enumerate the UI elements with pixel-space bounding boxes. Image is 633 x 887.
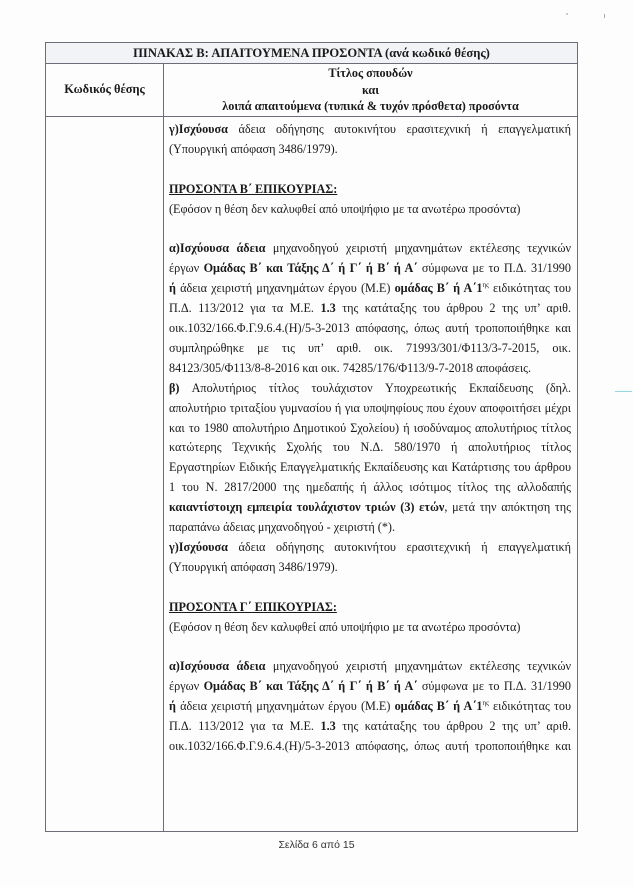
section-heading-c: ΠΡΟΣΟΝΤΑ Γ΄ ΕΠΙΚΟΥΡΙΑΣ: [169, 598, 571, 618]
text: έργων [169, 679, 204, 693]
text: καιαντίστοιχη εμπειρία τουλάχιστον τριών… [169, 500, 444, 514]
paragraph-line: 84123/305/Φ113/8-8-2016 και οικ. 74285/1… [169, 359, 571, 379]
text: ομάδας Β΄ ή Α΄1 [395, 699, 483, 713]
text: άδεια χειριστή μηχανημάτων έργου (Μ.Ε) [176, 699, 395, 713]
scan-speck [566, 13, 568, 15]
item-label: α)Ισχύουσα άδεια [169, 659, 265, 673]
text: σύμφωνα με το Π.Δ. 31/1990 [417, 679, 571, 693]
text: ειδικότητας του [489, 281, 571, 295]
paragraph-line: απολυτήριο τριταξίου γυμνασίου ή για υπο… [169, 399, 571, 419]
item-label: α)Ισχύουσα άδεια [169, 241, 265, 255]
header-line: Τίτλος σπουδών [164, 65, 577, 82]
text: της κατάταξης του άρθρου 2 της υπ’ αριθ. [336, 301, 571, 315]
paragraph-line: α)Ισχύουσα άδεια μηχανοδηγού χειριστή μη… [169, 239, 571, 259]
paragraph-line: οικ.1032/166.Φ.Γ.9.6.4.(Η)/5-3-2013 απόφ… [169, 737, 571, 757]
paragraph-line: (Υπουργική απόφαση 3486/1979). [169, 140, 571, 160]
table-title-suffix: (ανά κωδικό θέσης) [382, 46, 490, 60]
page-number: Σελίδα 6 από 15 [0, 839, 633, 851]
text: ομάδας Β΄ ή Α΄1 [395, 281, 483, 295]
paragraph-line: καιαντίστοιχη εμπειρία τουλάχιστον τριών… [169, 498, 571, 518]
code-column [46, 63, 164, 831]
text: μηχανοδηγού χειριστή μηχανημάτων εκτέλεσ… [265, 659, 571, 673]
paragraph-line: γ)Ισχύουσα άδεια οδήγησης αυτοκινήτου ερ… [169, 120, 571, 140]
paragraph-line: Π.Δ. 113/2012 για τα Μ.Ε. 1.3 της κατάτα… [169, 717, 571, 737]
text: άδεια οδήγησης αυτοκινήτου ερασιτεχνική … [228, 540, 571, 554]
column-header-requirements: Τίτλος σπουδών και λοιπά απαιτούμενα (τυ… [164, 63, 577, 118]
paragraph-line: 1 του Ν. 2817/2000 της ημεδαπής ή άλλος … [169, 478, 571, 498]
text: ειδικότητας του [489, 699, 571, 713]
header-line: λοιπά απαιτούμενα (τυπικά & τυχόν πρόσθε… [164, 98, 577, 115]
text: της κατάταξης του άρθρου 2 της υπ’ αριθ. [336, 719, 571, 733]
paragraph-line: έργων Ομάδας Β΄ και Τάξης Δ΄ ή Γ΄ ή Β΄ ή… [169, 259, 571, 279]
paragraph-line: ή άδεια χειριστή μηχανημάτων έργου (Μ.Ε)… [169, 697, 571, 717]
text: , μετά την απόκτηση της [444, 500, 571, 514]
paragraph-line: Εργαστηρίων Ειδικής Επαγγελματικής Εκπαί… [169, 458, 571, 478]
text: Ομάδας Β΄ και Τάξης Δ΄ ή Γ΄ ή Β΄ ή Α΄ [204, 679, 418, 693]
section-heading-b: ΠΡΟΣΟΝΤΑ Β΄ ΕΠΙΚΟΥΡΙΑΣ: [169, 180, 571, 200]
header-line: και [164, 82, 577, 99]
paragraph-line: (Υπουργική απόφαση 3486/1979). [169, 558, 571, 578]
table-title: ΠΙΝΑΚΑΣ Β: ΑΠΑΙΤΟΥΜΕΝΑ ΠΡΟΣΟΝΤΑ (ανά κωδ… [46, 43, 577, 64]
text: ή [169, 281, 176, 295]
item-label: γ)Ισχύουσα [169, 540, 228, 554]
scan-speck [604, 14, 605, 18]
paragraph-line: έργων Ομάδας Β΄ και Τάξης Δ΄ ή Γ΄ ή Β΄ ή… [169, 677, 571, 697]
text: άδεια χειριστή μηχανημάτων έργου (Μ.Ε) [176, 281, 395, 295]
text: Ομάδας Β΄ και Τάξης Δ΄ ή Γ΄ ή Β΄ ή Α΄ [204, 261, 418, 275]
requirements-cell: γ)Ισχύουσα άδεια οδήγησης αυτοκινήτου ερ… [169, 120, 571, 757]
column-header-row: Κωδικός θέσης Τίτλος σπουδών και λοιπά α… [46, 63, 577, 117]
item-label: β) [169, 381, 179, 395]
column-header-code: Κωδικός θέσης [46, 63, 163, 116]
paragraph-line: β) Απολυτήριος τίτλος τουλάχιστον Υποχρε… [169, 379, 571, 399]
item-label: γ)Ισχύουσα [169, 122, 228, 136]
text: Π.Δ. 113/2012 για τα Μ.Ε. [169, 719, 320, 733]
qualifications-table: ΠΙΝΑΚΑΣ Β: ΑΠΑΙΤΟΥΜΕΝΑ ΠΡΟΣΟΝΤΑ (ανά κωδ… [45, 42, 578, 832]
paragraph-line: Π.Δ. 113/2012 για τα Μ.Ε. 1.3 της κατάτα… [169, 299, 571, 319]
text: άδεια οδήγησης αυτοκινήτου ερασιτεχνική … [228, 122, 571, 136]
text: 1.3 [320, 301, 335, 315]
paragraph-line: α)Ισχύουσα άδεια μηχανοδηγού χειριστή μη… [169, 657, 571, 677]
paragraph-line: κατώτερης Τεχνικής Σχολής του Ν.Δ. 580/1… [169, 438, 571, 458]
paragraph-line: οικ.1032/166.Φ.Γ.9.6.4.(Η)/5-3-2013 απόφ… [169, 319, 571, 339]
paragraph-line: και το 1980 απολυτήριο Δημοτικού Σχολείο… [169, 419, 571, 439]
text: Απολυτήριος τίτλος τουλάχιστον Υποχρεωτι… [179, 381, 571, 395]
fallback-note: (Εφόσον η θέση δεν καλυφθεί από υποψήφιο… [169, 200, 571, 220]
paragraph-line: συμπληρώθηκε με τις υπ’ αριθ. οικ. 71993… [169, 339, 571, 359]
text: έργων [169, 261, 204, 275]
paragraph-line: ή άδεια χειριστή μηχανημάτων έργου (Μ.Ε)… [169, 279, 571, 299]
paragraph-line: γ)Ισχύουσα άδεια οδήγησης αυτοκινήτου ερ… [169, 538, 571, 558]
text: ή [169, 699, 176, 713]
text: 1.3 [320, 719, 335, 733]
text: Π.Δ. 113/2012 για τα Μ.Ε. [169, 301, 320, 315]
scan-mark [615, 391, 632, 392]
text: μηχανοδηγού χειριστή μηχανημάτων εκτέλεσ… [265, 241, 571, 255]
paragraph-line: παραπάνω άδειας μηχανοδηγού - χειριστή (… [169, 518, 571, 538]
text: σύμφωνα με το Π.Δ. 31/1990 [417, 261, 571, 275]
table-title-main: ΠΙΝΑΚΑΣ Β: ΑΠΑΙΤΟΥΜΕΝΑ ΠΡΟΣΟΝΤΑ [133, 46, 382, 60]
fallback-note: (Εφόσον η θέση δεν καλυφθεί από υποψήφιο… [169, 618, 571, 638]
